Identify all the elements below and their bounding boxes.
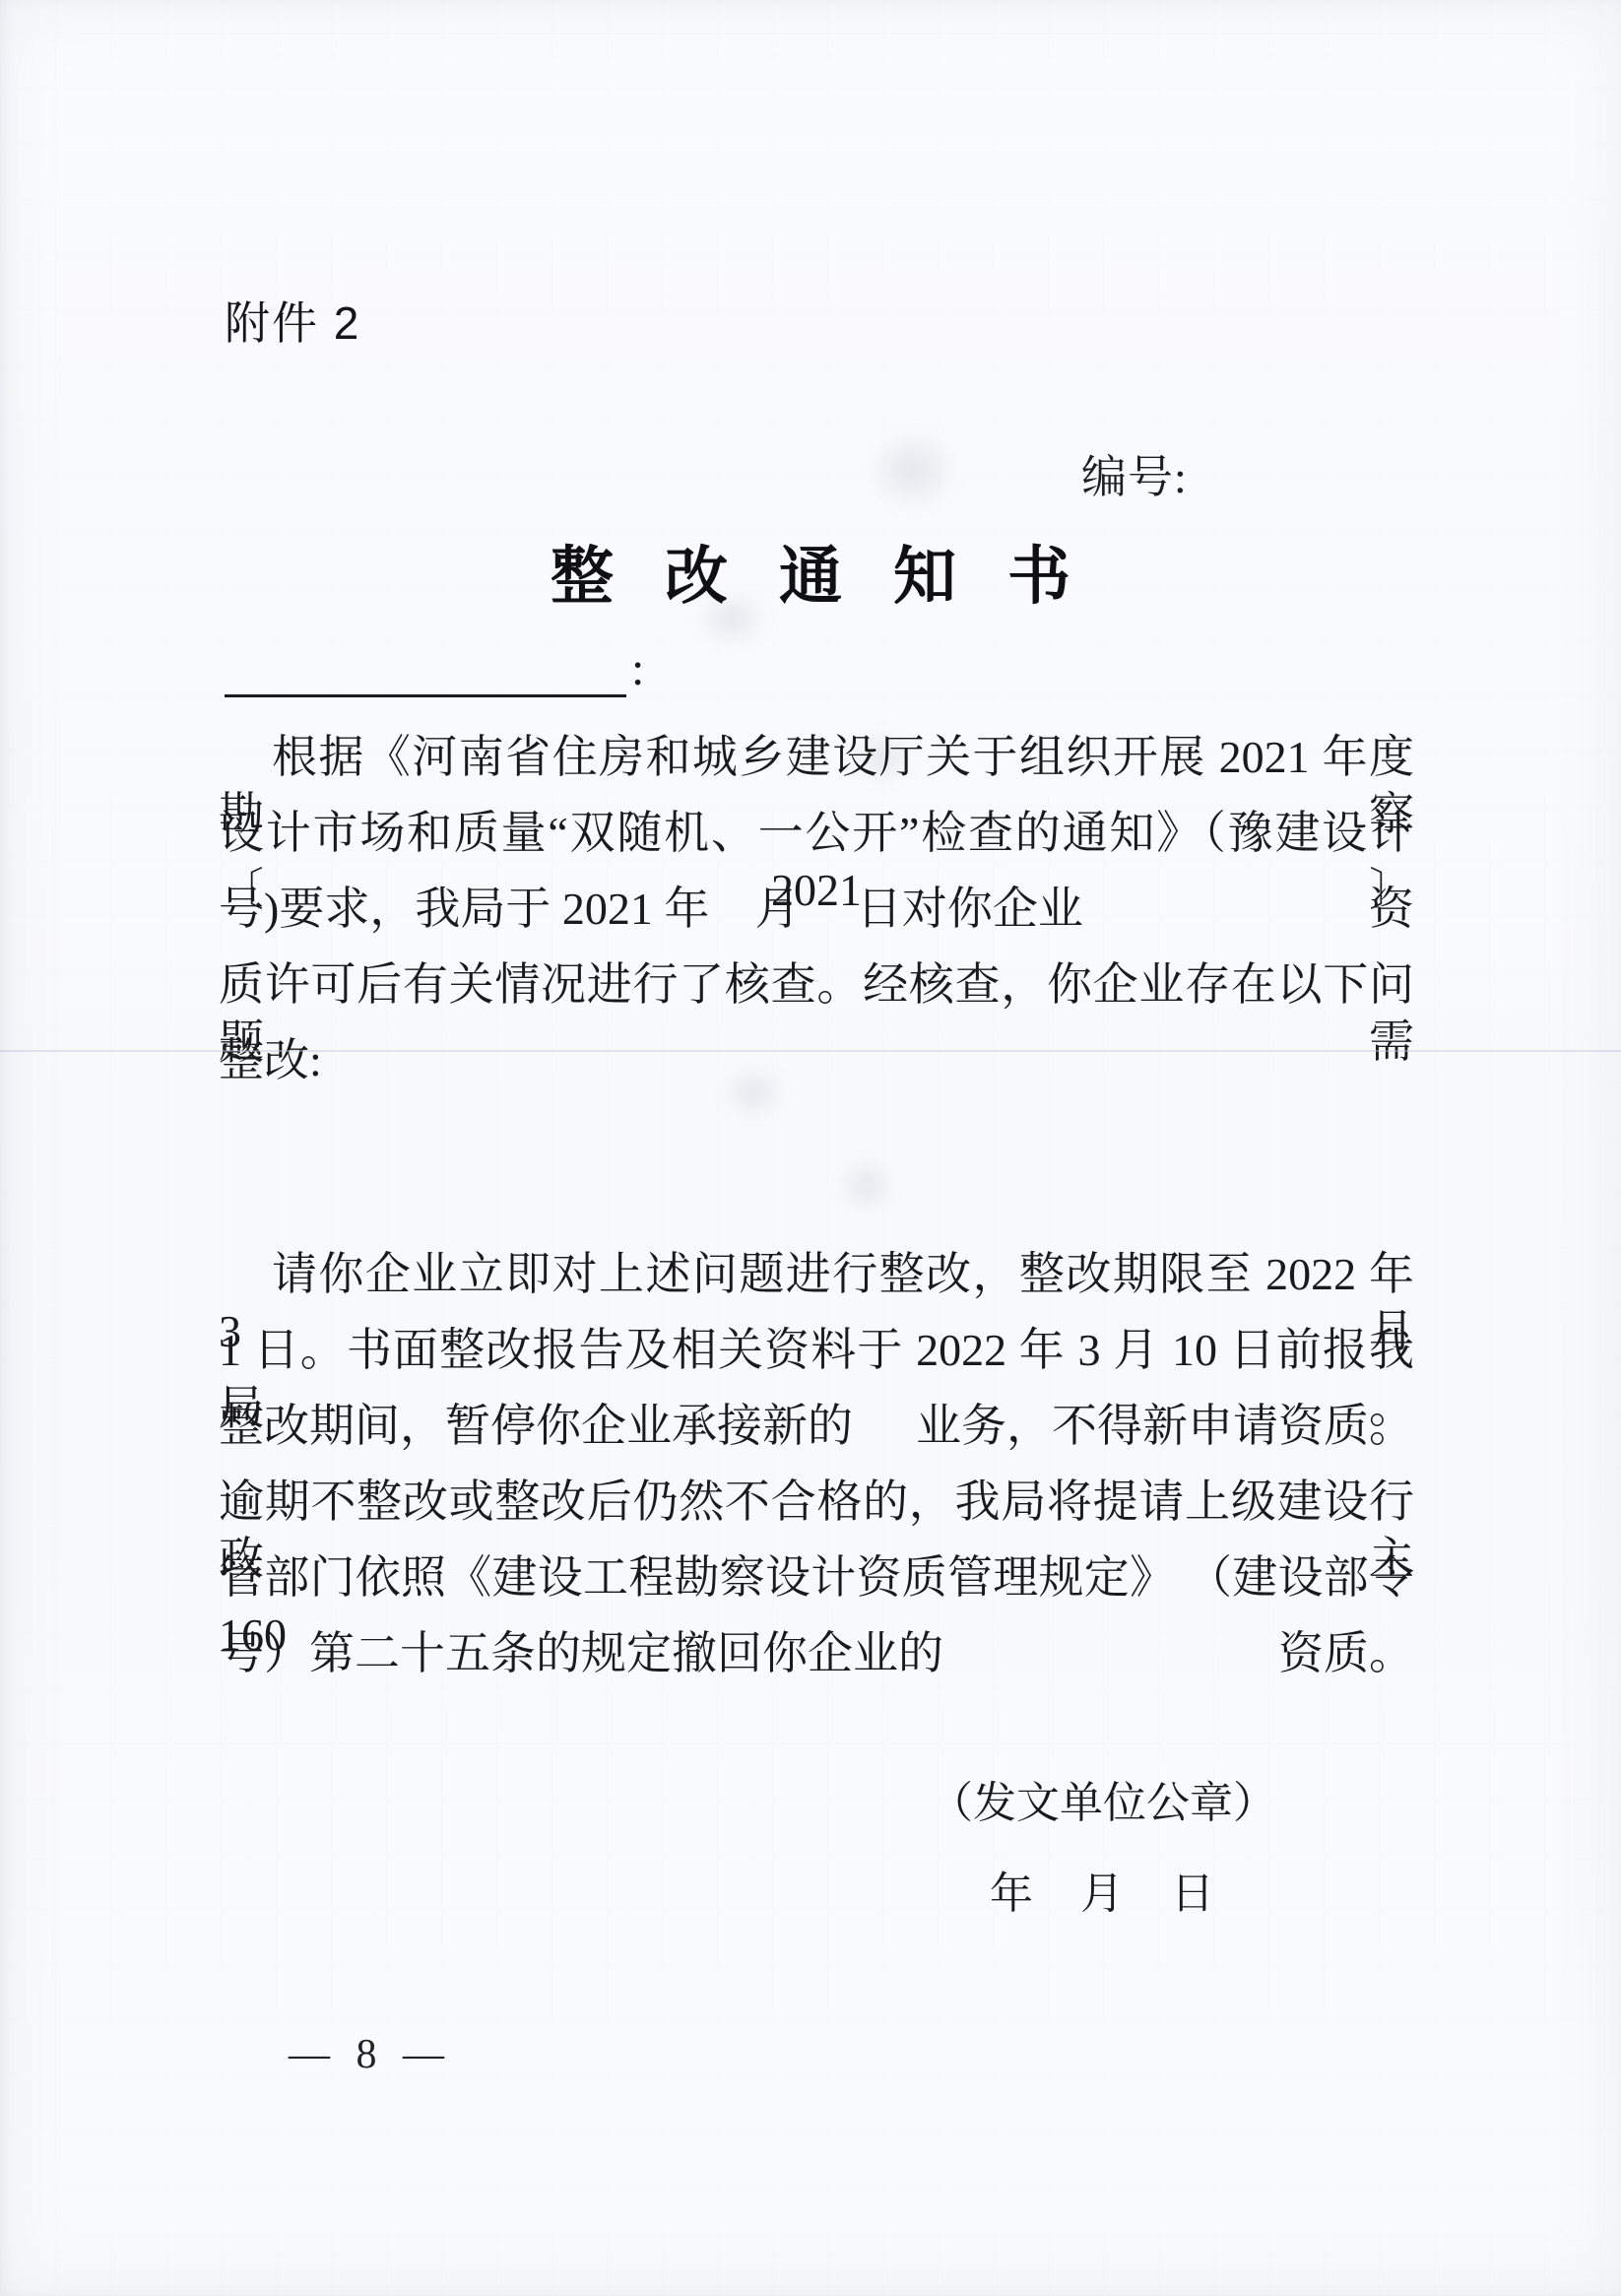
doc-number-label: 编号: bbox=[1081, 441, 1188, 506]
para1-line3-post: 资 bbox=[1369, 881, 1414, 938]
bleedthrough-mark bbox=[849, 414, 977, 527]
para2-line6-pre: 号）第二十五条的规定撤回你企业的 bbox=[219, 1625, 943, 1682]
para2-line3-post: 业务，不得新申请资质。 bbox=[916, 1398, 1414, 1455]
para1-line3-pre: 号)要求，我局于 2021 年 月 日对你企业 bbox=[219, 881, 1083, 938]
title-row: 整改通知书 bbox=[0, 526, 1621, 617]
attachment-label: 附件 2 bbox=[225, 288, 360, 353]
document-page: 附件 2 编号: 整改通知书 : 根据《河南省住房和城乡建设厅关于组织开展 20… bbox=[0, 0, 1621, 2296]
document-title: 整改通知书 bbox=[551, 526, 1122, 617]
salutation-colon: : bbox=[631, 646, 644, 697]
seal-note: （发文单位公章） bbox=[867, 1767, 1339, 1830]
para2-line6-post: 资质。 bbox=[1278, 1625, 1414, 1682]
para2-line6: 号）第二十五条的规定撤回你企业的 资质。 bbox=[219, 1625, 1414, 1682]
para2-line3: 整改期间，暂停你企业承接新的 业务，不得新申请资质。 bbox=[219, 1398, 1414, 1455]
page-number: — 8 — bbox=[289, 2031, 452, 2078]
salutation-line: : bbox=[225, 640, 644, 697]
para1-line5: 整改: bbox=[219, 1032, 1414, 1089]
para2-line3-pre: 整改期间，暂停你企业承接新的 bbox=[219, 1398, 853, 1455]
scan-fold-line bbox=[0, 1050, 1621, 1052]
date-line: 年 月 日 bbox=[867, 1858, 1339, 1921]
salutation-blank-underline bbox=[225, 641, 626, 697]
signature-block: （发文单位公章） 年 月 日 bbox=[867, 1767, 1339, 1921]
para1-line3: 号)要求，我局于 2021 年 月 日对你企业 资 bbox=[219, 881, 1414, 938]
bleedthrough-mark bbox=[829, 1148, 904, 1221]
